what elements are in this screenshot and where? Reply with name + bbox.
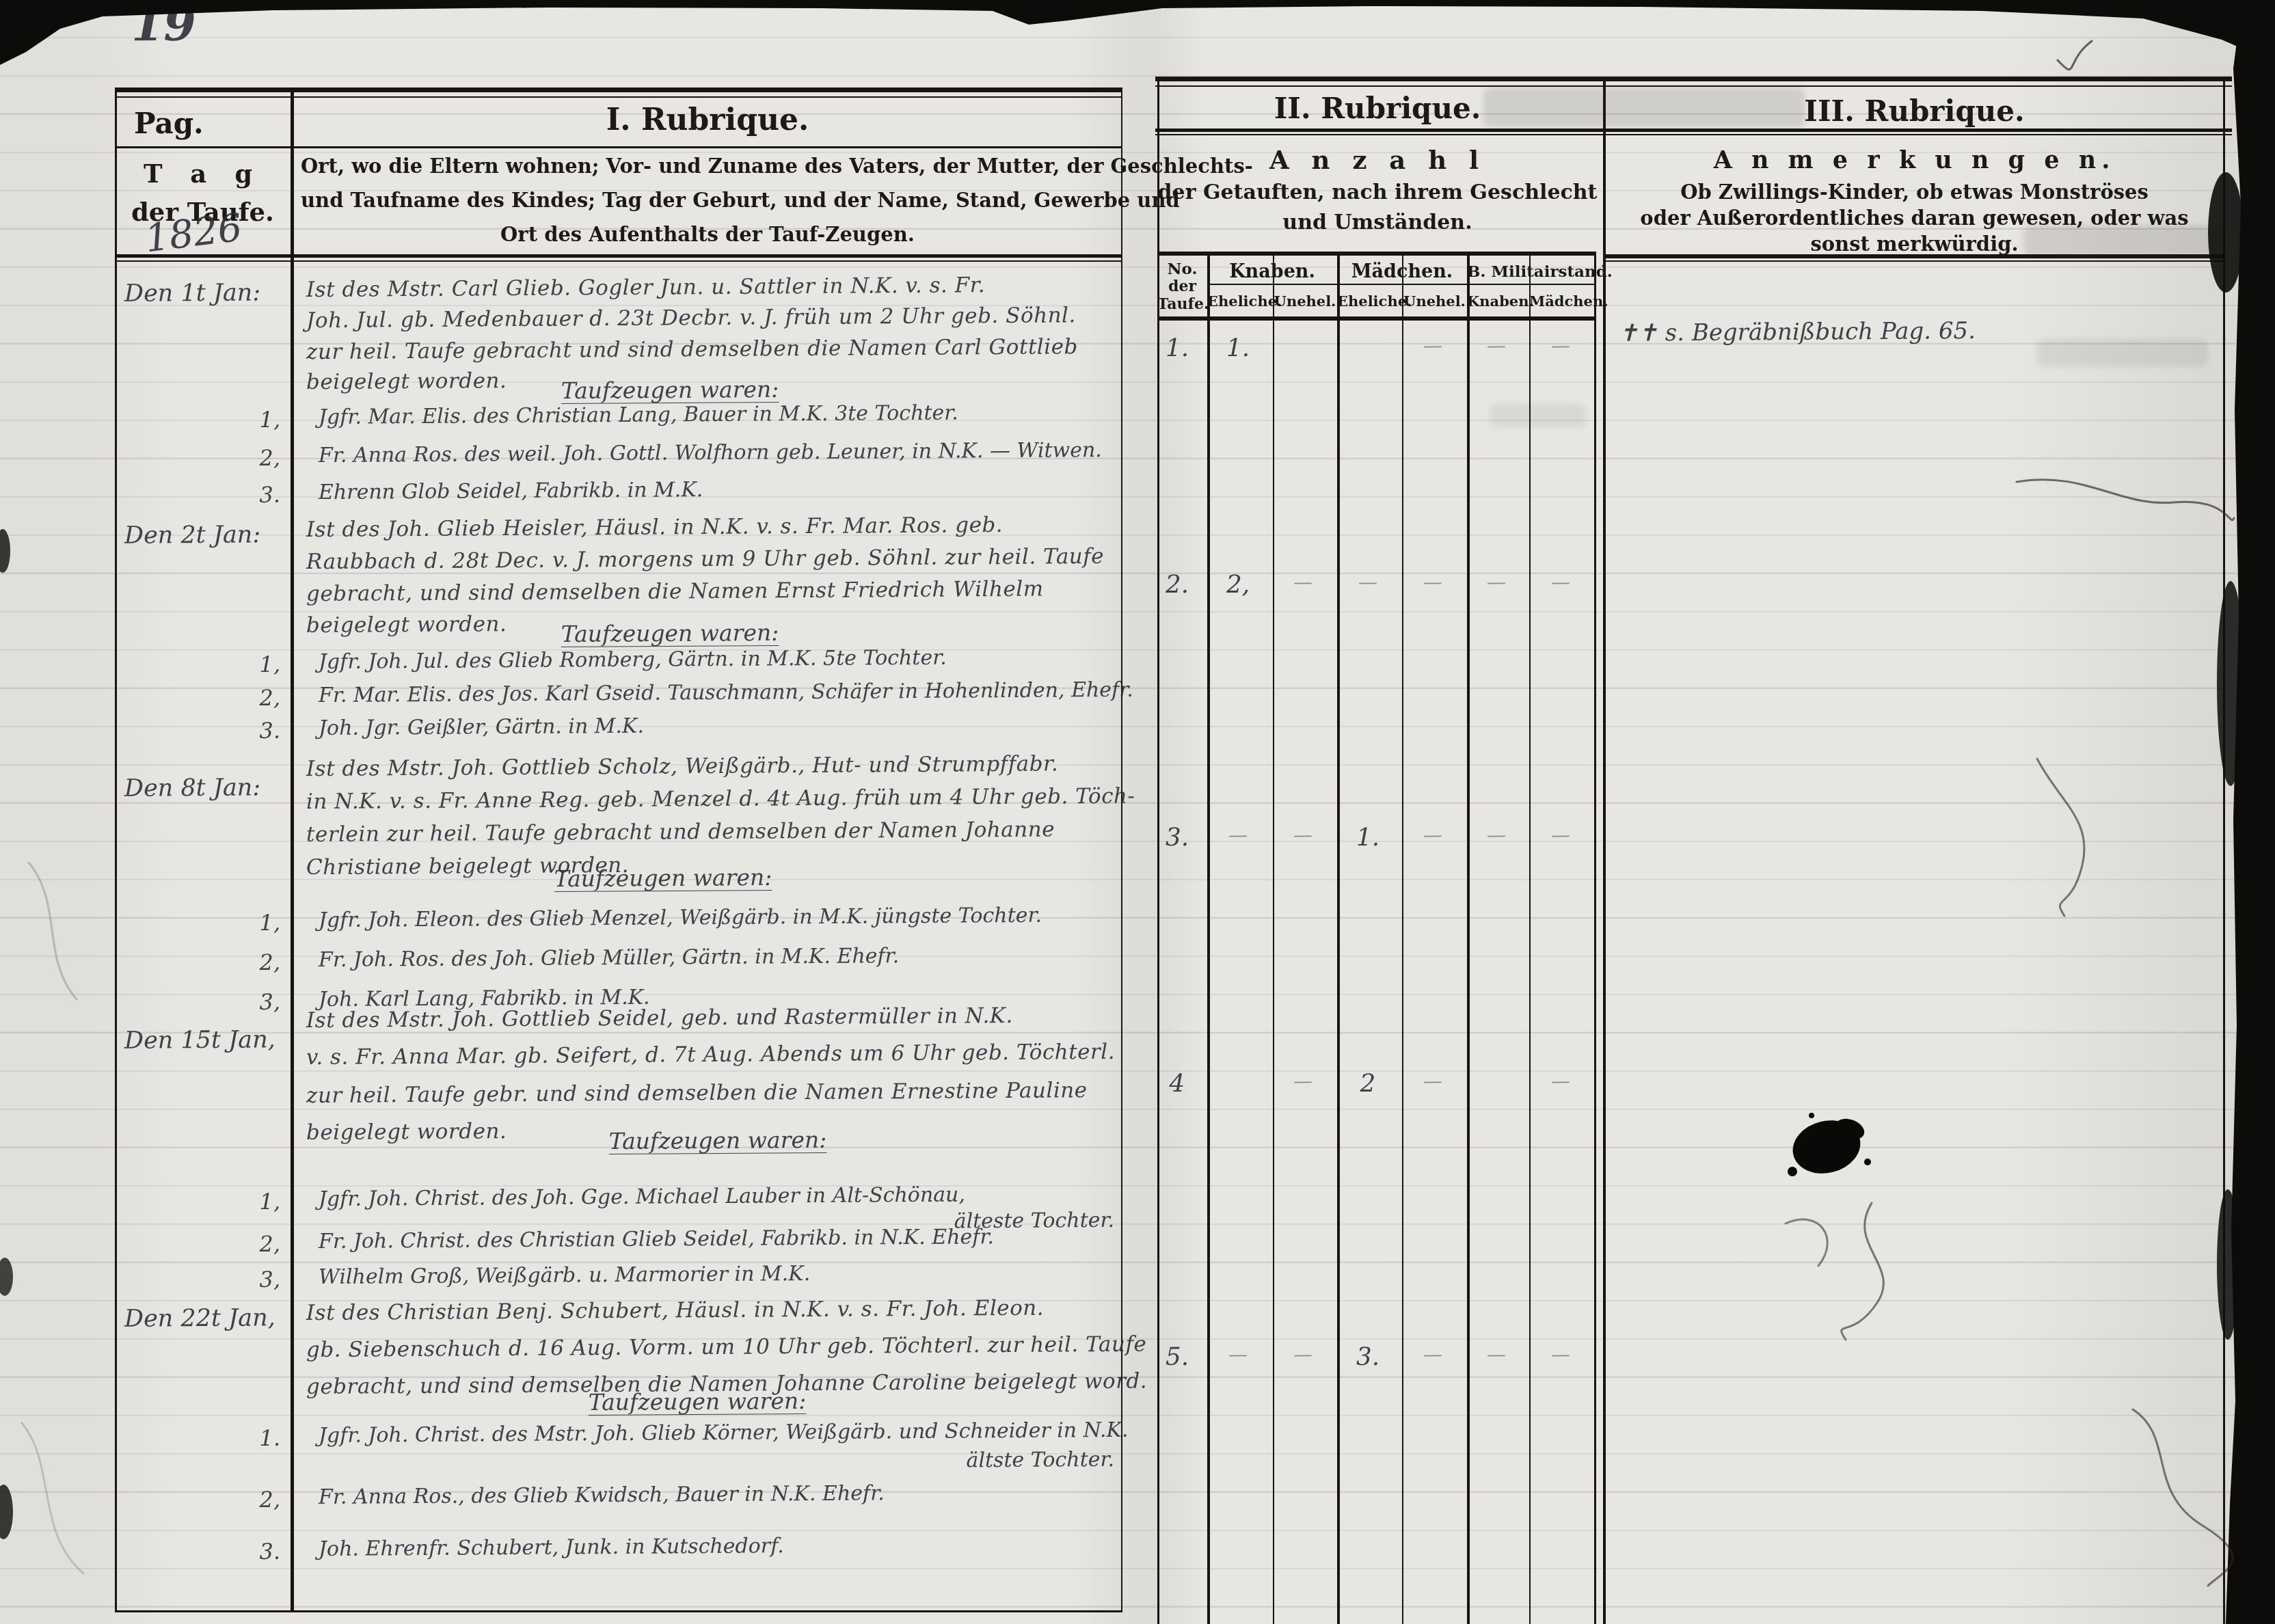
- entry-3-date: Den 8t Jan:: [124, 776, 287, 801]
- entry-2-record-line: Ist des Joh. Glieb Heisler, Häusl. in N.…: [306, 514, 1113, 541]
- entry-3-record-line: in N.K. v. s. Fr. Anne Reg. geb. Menzel …: [306, 786, 1113, 813]
- entry-3-witness-number: 3,: [238, 991, 280, 1013]
- rubrique1-desc-1: Ort, wo die Eltern wohnen; Vor- und Zuna…: [301, 154, 1114, 178]
- entry-5-record-line: gb. Siebenschuch d. 16 Aug. Vorm. um 10 …: [306, 1334, 1113, 1361]
- entry-1-date: Den 1t Jan:: [124, 281, 287, 306]
- entry-4-tally-kn_u: —: [1272, 1072, 1334, 1092]
- rule: [115, 87, 117, 1612]
- rubrique3-desc-1: Ob Zwillings-Kinder, ob etwas Monströses: [1606, 180, 2223, 204]
- entry-5-witness-number: 3.: [238, 1541, 280, 1562]
- rule: [115, 254, 1122, 258]
- entry-5-tally-kn_u: —: [1272, 1345, 1334, 1365]
- rubrique3-heading: A n m e r k u n g e n.: [1606, 146, 2223, 174]
- rubrique1-desc-2: und Taufname des Kindes; Tag der Geburt,…: [301, 189, 1114, 212]
- entry-3-witness-line: Jgfr. Joh. Eleon. des Glieb Menzel, Weiß…: [319, 905, 1113, 931]
- entry-1-witness-number: 2,: [238, 447, 280, 469]
- rubrique2-subtitle-1: A n z a h l: [1155, 145, 1600, 175]
- rule: [1155, 128, 2232, 132]
- entry-2-witness-number: 1,: [238, 653, 280, 675]
- entry-3-witness-number: 2,: [238, 951, 280, 973]
- rule: [1402, 252, 1403, 1624]
- col-no-1: No.: [1157, 260, 1207, 278]
- entry-5-witness-line-cont: ältste Tochter.: [882, 1450, 1114, 1472]
- entry-1-witness-line: Jgfr. Mar. Elis. des Christian Lang, Bau…: [319, 402, 1113, 428]
- sub-unehelich-knaben: Unehel.: [1273, 293, 1337, 310]
- rule: [115, 96, 1122, 98]
- rubrique2-subtitle-3: und Umständen.: [1155, 211, 1600, 234]
- entry-2-tally-kn_u: —: [1272, 573, 1334, 593]
- rule: [115, 260, 1122, 262]
- entry-2-witness-line: Fr. Mar. Elis. des Jos. Karl Gseid. Taus…: [319, 680, 1113, 706]
- entry-3-tally-kn_e: —: [1207, 826, 1269, 845]
- entry-1-remark: ✝✝ s. Begräbnißbuch Pag. 65.: [1619, 318, 2138, 344]
- entry-5-tally-no: 5.: [1146, 1345, 1208, 1370]
- entry-2-witness-caption: Taufzeugen waren:: [492, 621, 848, 646]
- date-col-header: T a g: [115, 159, 291, 189]
- col-knaben: Knaben.: [1207, 261, 1337, 282]
- sub-ehelich-maedchen: Eheliche.: [1337, 293, 1402, 310]
- handwritten-page-number: 19: [131, 1, 196, 49]
- entry-5-witness-number: 2,: [238, 1489, 280, 1511]
- rule: [115, 1610, 1122, 1612]
- entry-4-tally-ma_u: —: [1402, 1072, 1464, 1092]
- entry-5-witness-caption: Taufzeugen waren:: [520, 1389, 875, 1414]
- entry-4-tally-no: 4: [1146, 1072, 1208, 1097]
- entry-5-tally-kn_e: —: [1207, 1345, 1269, 1365]
- entry-5-tally-ma_u: —: [1402, 1345, 1464, 1365]
- entry-3-witness-caption: Taufzeugen waren:: [499, 865, 827, 890]
- entry-4-witness-line: Wilhelm Groß, Weißgärb. u. Marmorier in …: [319, 1262, 1113, 1288]
- entry-5-record-line: Ist des Christian Benj. Schubert, Häusl.…: [306, 1297, 1113, 1324]
- entry-3-tally-ma_e: 1.: [1337, 826, 1399, 851]
- entry-2-tally-no: 2.: [1146, 573, 1208, 598]
- rule: [2223, 77, 2225, 1624]
- entry-1-record-line: Ist des Mstr. Carl Glieb. Gogler Jun. u.…: [306, 274, 1113, 301]
- entry-5-witness-number: 1.: [238, 1427, 280, 1449]
- entry-4-witness-line-cont: älteste Tochter.: [882, 1210, 1114, 1232]
- entry-1-record-line: zur heil. Taufe gebracht und sind demsel…: [306, 336, 1113, 363]
- rubrique3-title: III. Rubrique.: [1606, 94, 2223, 128]
- entry-2-witness-number: 3.: [238, 720, 280, 742]
- entry-1-witness-line: Fr. Anna Ros. des weil. Joh. Gottl. Wolf…: [319, 440, 1113, 466]
- col-maedchen: Mädchen.: [1337, 261, 1467, 282]
- col-no-2: der: [1157, 278, 1207, 295]
- entry-1-witness-number: 1,: [238, 409, 280, 431]
- entry-2-record-line: Raubbach d. 28t Dec. v. J. morgens um 9 …: [306, 546, 1113, 573]
- entry-5-tally-mil_k: —: [1466, 1345, 1527, 1365]
- scanned-register-page: Pag. I. Rubrique. T a g der Taufe. Ort, …: [0, 0, 2275, 1624]
- entry-4-record-line: Ist des Mstr. Joh. Gottlieb Seidel, geb.…: [306, 1005, 1113, 1031]
- sub-militair-maedchen: Mädchen.: [1529, 293, 1594, 310]
- rubrique1-desc-3: Ort des Aufenthalts der Tauf-Zeugen.: [301, 223, 1114, 246]
- entry-5-date: Den 22t Jan,: [124, 1306, 287, 1331]
- entry-2-tally-mil_k: —: [1466, 573, 1527, 593]
- entry-3-tally-no: 3.: [1146, 826, 1208, 851]
- entry-4-date: Den 15t Jan,: [124, 1028, 287, 1053]
- entry-2-record-line: gebracht, und sind demselben die Namen E…: [306, 578, 1113, 605]
- entry-1-tally-ma_u: —: [1402, 336, 1464, 356]
- entry-1-record-line: Joh. Jul. gb. Medenbauer d. 23t Decbr. v…: [306, 305, 1113, 331]
- bleed-through-smudge: [2037, 339, 2208, 366]
- entry-2-date: Den 2t Jan:: [124, 523, 287, 548]
- entry-4-witness-line: Jgfr. Joh. Christ. des Joh. Gge. Michael…: [319, 1184, 1113, 1210]
- rule: [1155, 77, 2232, 81]
- rubrique3-desc-3: sonst merkwürdig.: [1606, 232, 2223, 256]
- rule: [1594, 252, 1596, 1624]
- rubrique3-desc-2: oder Außerordentliches daran gewesen, od…: [1606, 206, 2223, 230]
- rubrique2-subtitle-2: der Getauften, nach ihrem Geschlecht: [1155, 180, 1600, 204]
- rule: [291, 87, 294, 1612]
- bleed-through-smudge: [1490, 403, 1586, 428]
- entry-1-tally-no: 1.: [1146, 336, 1208, 362]
- entry-2-witness-line: Jgfr. Joh. Jul. des Glieb Romberg, Gärtn…: [319, 647, 1113, 673]
- entry-5-witness-line: Joh. Ehrenfr. Schubert, Junk. in Kutsche…: [319, 1534, 1113, 1560]
- entry-4-tally-mil_m: —: [1530, 1072, 1591, 1092]
- entry-4-tally-ma_e: 2: [1337, 1072, 1399, 1097]
- entry-4-witness-number: 1,: [238, 1191, 280, 1213]
- sub-unehelich-maedchen: Unehel.: [1402, 293, 1467, 310]
- entry-2-tally-ma_u: —: [1402, 573, 1464, 593]
- entry-3-tally-ma_u: —: [1402, 826, 1464, 845]
- rule: [1207, 252, 1210, 1624]
- col-no-3: Taufe.: [1157, 295, 1207, 313]
- rule: [1155, 134, 2232, 135]
- entry-4-witness-caption: Taufzeugen waren:: [554, 1128, 882, 1152]
- entry-1-witness-line: Ehrenn Glob Seidel, Fabrikb. in M.K.: [319, 477, 1113, 503]
- rule: [115, 146, 1122, 148]
- entry-4-record-line: zur heil. Taufe gebr. und sind demselben…: [306, 1080, 1113, 1107]
- entry-1-tally-kn_e: 1.: [1207, 336, 1269, 362]
- entry-3-tally-mil_m: —: [1530, 826, 1591, 845]
- col-militairstand: B. Militairstand.: [1467, 262, 1594, 281]
- rule: [1207, 284, 1594, 285]
- entry-2-witness-line: Joh. Jgr. Geißler, Gärtn. in M.K.: [319, 713, 1113, 739]
- rubrique1-title: I. Rubrique.: [294, 103, 1121, 137]
- rubrique2-title: II. Rubrique.: [1155, 92, 1600, 125]
- entry-2-tally-ma_e: —: [1337, 573, 1399, 593]
- rule: [115, 87, 1122, 92]
- entry-5-tally-mil_m: —: [1530, 1345, 1591, 1365]
- entry-2-tally-kn_e: 2,: [1207, 573, 1269, 598]
- entry-4-record-line: v. s. Fr. Anna Mar. gb. Seifert, d. 7t A…: [306, 1042, 1113, 1068]
- entry-3-record-line: terlein zur heil. Taufe gebracht und dem…: [306, 819, 1113, 845]
- rule: [1467, 252, 1470, 1624]
- entry-5-tally-ma_e: 3.: [1337, 1345, 1399, 1370]
- rule: [1603, 260, 2223, 262]
- entry-3-witness-number: 1,: [238, 912, 280, 934]
- rule: [1155, 85, 2232, 87]
- entry-1-tally-mil_k: —: [1466, 336, 1527, 356]
- entry-3-tally-kn_u: —: [1272, 826, 1334, 845]
- entry-3-record-line: Ist des Mstr. Joh. Gottlieb Scholz, Weiß…: [306, 753, 1113, 780]
- entry-2-witness-number: 2,: [238, 687, 280, 709]
- entry-5-witness-line: Fr. Anna Ros., des Glieb Kwidsch, Bauer …: [319, 1482, 1113, 1508]
- entry-1-tally-mil_m: —: [1530, 336, 1591, 356]
- sub-ehelich-knaben: Eheliche.: [1207, 293, 1273, 310]
- entry-2-tally-mil_m: —: [1530, 573, 1591, 593]
- entry-5-witness-line: Jgfr. Joh. Christ. des Mstr. Joh. Glieb …: [319, 1420, 1113, 1446]
- handwritten-year: 1826: [143, 209, 244, 259]
- entry-3-witness-line: Fr. Joh. Ros. des Joh. Glieb Müller, Gär…: [319, 945, 1113, 971]
- entry-1-witness-caption: Taufzeugen waren:: [506, 377, 834, 402]
- entry-1-witness-number: 3.: [238, 484, 280, 506]
- rule: [1273, 252, 1274, 1624]
- entry-4-witness-number: 2,: [238, 1233, 280, 1255]
- rule: [1337, 252, 1340, 1624]
- rule: [1529, 252, 1531, 1624]
- pag-label: Pag.: [134, 107, 204, 140]
- sub-militair-knaben: Knaben.: [1467, 293, 1529, 310]
- entry-4-witness-number: 3,: [238, 1269, 280, 1290]
- entry-3-tally-mil_k: —: [1466, 826, 1527, 845]
